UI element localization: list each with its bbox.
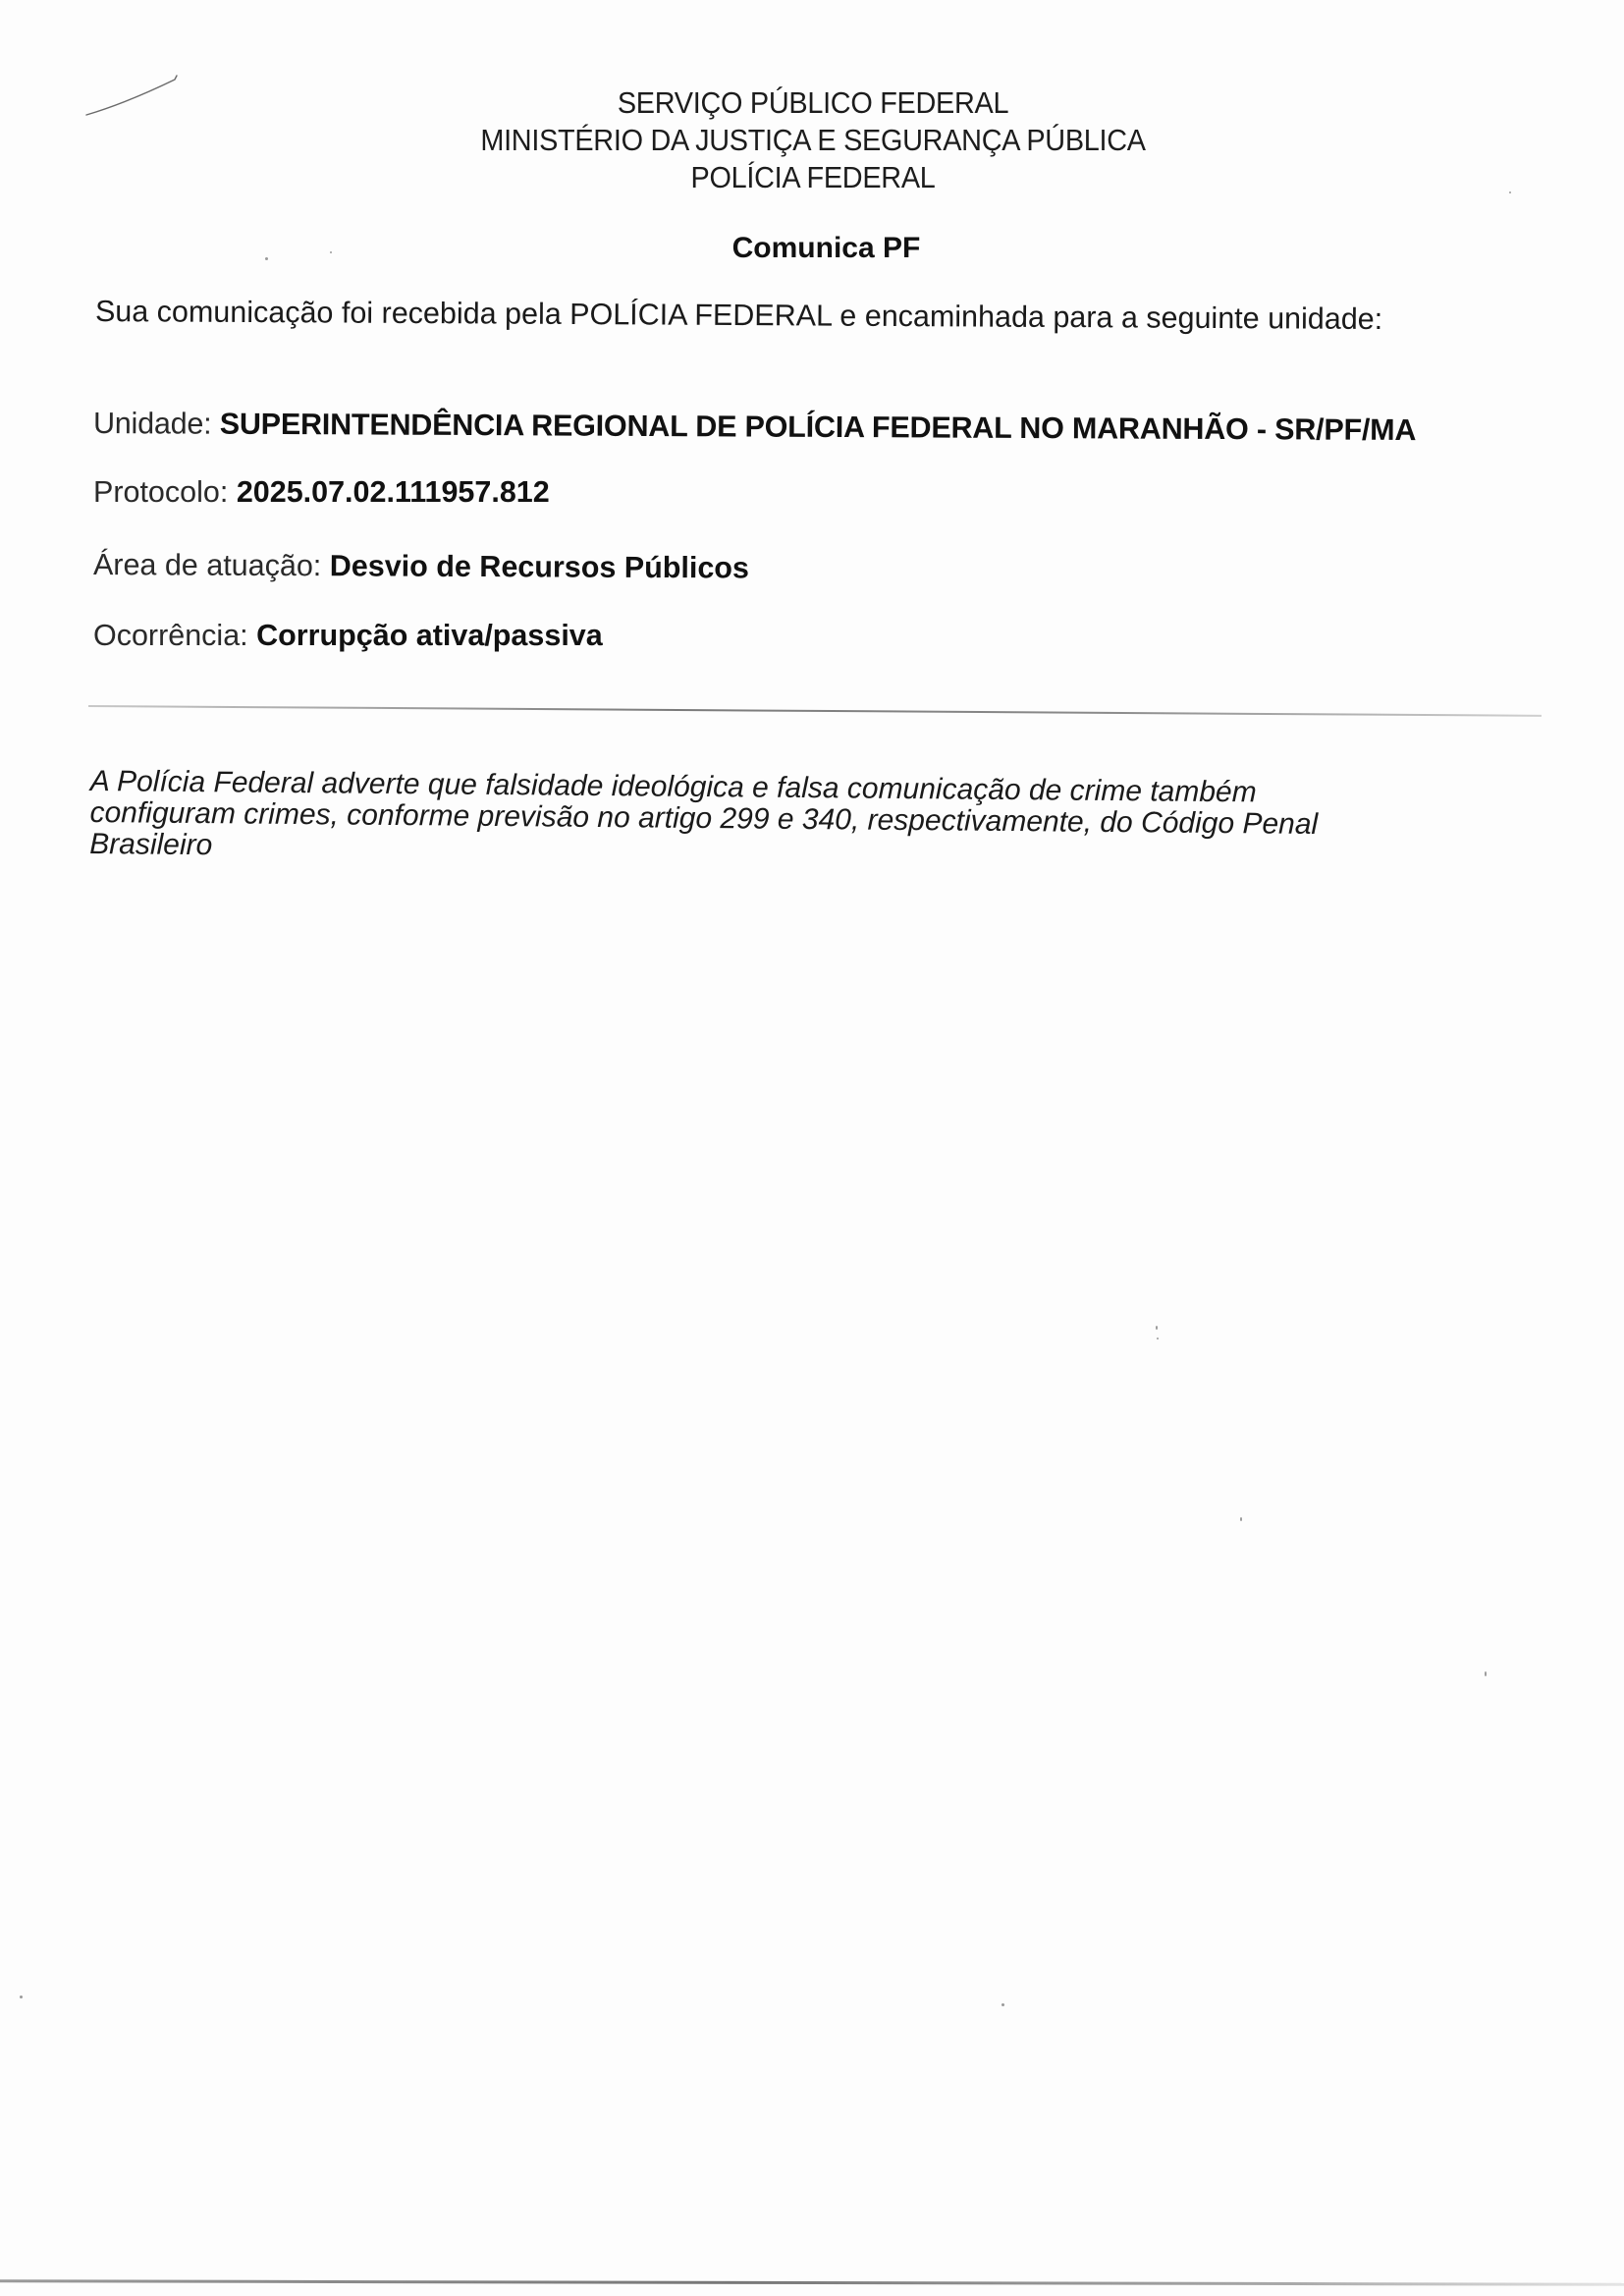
- header-agency: POLÍCIA FEDERAL: [58, 159, 1568, 196]
- field-ocorrencia: Ocorrência: Corrupção ativa/passiva: [93, 619, 603, 653]
- document-header: SERVIÇO PÚBLICO FEDERAL MINISTÉRIO DA JU…: [58, 84, 1568, 196]
- legal-warning: A Polícia Federal adverte que falsidade …: [89, 766, 1524, 874]
- field-ocorrencia-value: Corrupção ativa/passiva: [256, 619, 603, 652]
- scanned-document-page: SERVIÇO PÚBLICO FEDERAL MINISTÉRIO DA JU…: [0, 0, 1624, 2296]
- scan-speck: [1240, 1517, 1242, 1521]
- field-area-label: Área de atuação:: [93, 548, 330, 582]
- scan-speck: [1509, 191, 1511, 193]
- document-title: Comunica PF: [0, 232, 1624, 265]
- field-protocolo-label: Protocolo:: [93, 475, 237, 509]
- field-area-atuacao: Área de atuação: Desvio de Recursos Públ…: [93, 548, 749, 585]
- scan-speck: [330, 251, 332, 253]
- scan-speck: [1157, 1338, 1159, 1339]
- scan-speck: [265, 257, 268, 260]
- scan-speck: [1001, 2003, 1004, 2006]
- field-ocorrencia-label: Ocorrência:: [93, 619, 256, 652]
- header-ministry: MINISTÉRIO DA JUSTIÇA E SEGURANÇA PÚBLIC…: [58, 122, 1568, 159]
- scan-speck: [1485, 1671, 1487, 1676]
- section-divider: [88, 705, 1542, 717]
- field-unidade-value: SUPERINTENDÊNCIA REGIONAL DE POLÍCIA FED…: [220, 408, 1417, 447]
- scan-speck: [1156, 1326, 1158, 1330]
- field-area-value: Desvio de Recursos Públicos: [330, 549, 749, 584]
- scan-page-edge: [0, 2279, 1624, 2285]
- header-service: SERVIÇO PÚBLICO FEDERAL: [58, 84, 1568, 122]
- scan-speck: [20, 1995, 23, 1998]
- field-unidade-label: Unidade:: [93, 407, 220, 441]
- field-protocolo-value: 2025.07.02.111957.812: [237, 475, 550, 509]
- intro-text: Sua comunicação foi recebida pela POLÍCI…: [95, 295, 1382, 337]
- field-unidade: Unidade: SUPERINTENDÊNCIA REGIONAL DE PO…: [93, 407, 1416, 448]
- field-protocolo: Protocolo: 2025.07.02.111957.812: [93, 475, 550, 510]
